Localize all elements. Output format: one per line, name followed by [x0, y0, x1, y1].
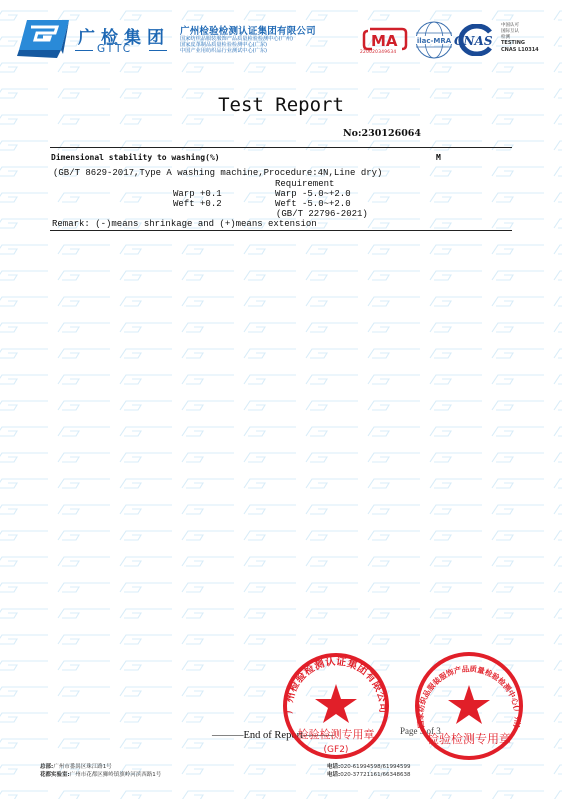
svg-text:MA: MA: [371, 32, 398, 50]
cert-text: TESTING: [501, 40, 525, 46]
test-section-mark: M: [436, 153, 441, 162]
report-number: No:230126064: [343, 128, 421, 139]
stamp-center-text: 检验检测专用章: [427, 731, 511, 746]
footer-value: 020-37721161/66348638: [340, 772, 410, 778]
brand-name-en-wrap: GTTC: [75, 43, 167, 57]
letterhead: 广检集团 GTTC 广州检验检测认证集团有限公司 国家纺织品服装服饰产品质量检验…: [0, 0, 562, 70]
company-name: 广州检验检测认证集团有限公司: [180, 23, 316, 37]
weft-requirement: Weft -5.0~+2.0: [275, 199, 351, 209]
test-method: (GB/T 8629-2017,Type A washing machine,P…: [53, 168, 382, 178]
footer-value: 广州市花都区狮岭镇旗岭河滨西路1号: [70, 772, 162, 778]
result-value: +0.2: [200, 199, 222, 209]
weft-result: Weft +0.2: [173, 199, 222, 209]
report-title: Test Report: [0, 94, 562, 116]
requirement-standard: (GB/T 22796-2021): [276, 209, 368, 219]
divider: [50, 230, 512, 231]
divider: [50, 147, 512, 148]
remark: Remark: (-)means shrinkage and (+)means …: [52, 219, 317, 229]
svg-text:CNAS: CNAS: [454, 34, 493, 48]
divider: [149, 50, 167, 51]
footer-hq-address: 总部:广州市番禺区珠江路1号: [40, 762, 112, 770]
ilac-mra-logo-icon: ilac-MRA: [414, 20, 454, 60]
requirement-header: Requirement: [275, 179, 334, 189]
footer-label: 花都实验室:: [40, 772, 70, 778]
company-sub-line: 中国产业用纺织品行业测试中心(广东): [180, 48, 267, 55]
footer-label: 电话:: [327, 772, 340, 778]
divider: [75, 50, 93, 51]
footer-hq-phone: 电话:020-61994598/61994599: [327, 762, 411, 770]
svg-text:ilac-MRA: ilac-MRA: [417, 37, 452, 45]
stamp-code: (GF2): [324, 745, 349, 755]
official-seal-stamp: 国家纺织品服装服饰产品质量检验检测中心(广州) 检验检测专用章: [410, 651, 528, 761]
footer-lab-address: 花都实验室:广州市花都区狮岭镇旗岭河滨西路1号: [40, 770, 161, 778]
stamp-center-text: 检验检测专用章: [298, 727, 375, 741]
cnas-logo-icon: CNAS: [452, 24, 498, 56]
result-label: Warp: [173, 189, 195, 199]
gttc-logo-icon: [17, 20, 69, 58]
result-value: +0.1: [200, 189, 222, 199]
cma-number: 220020349634: [360, 50, 396, 55]
official-seal-stamp: 广州检验检测认证集团有限公司 检验检测专用章 (GF2): [278, 652, 394, 760]
footer-lab-phone: 电话:020-37721161/66348638: [327, 770, 411, 778]
result-label: Weft: [173, 199, 195, 209]
warp-requirement: Warp -5.0~+2.0: [275, 189, 351, 199]
brand-name-en: GTTC: [97, 43, 132, 55]
warp-result: Warp +0.1: [173, 189, 222, 199]
cnas-number: CNAS L10314: [501, 47, 539, 53]
test-section-title: Dimensional stability to washing(%): [51, 153, 220, 162]
